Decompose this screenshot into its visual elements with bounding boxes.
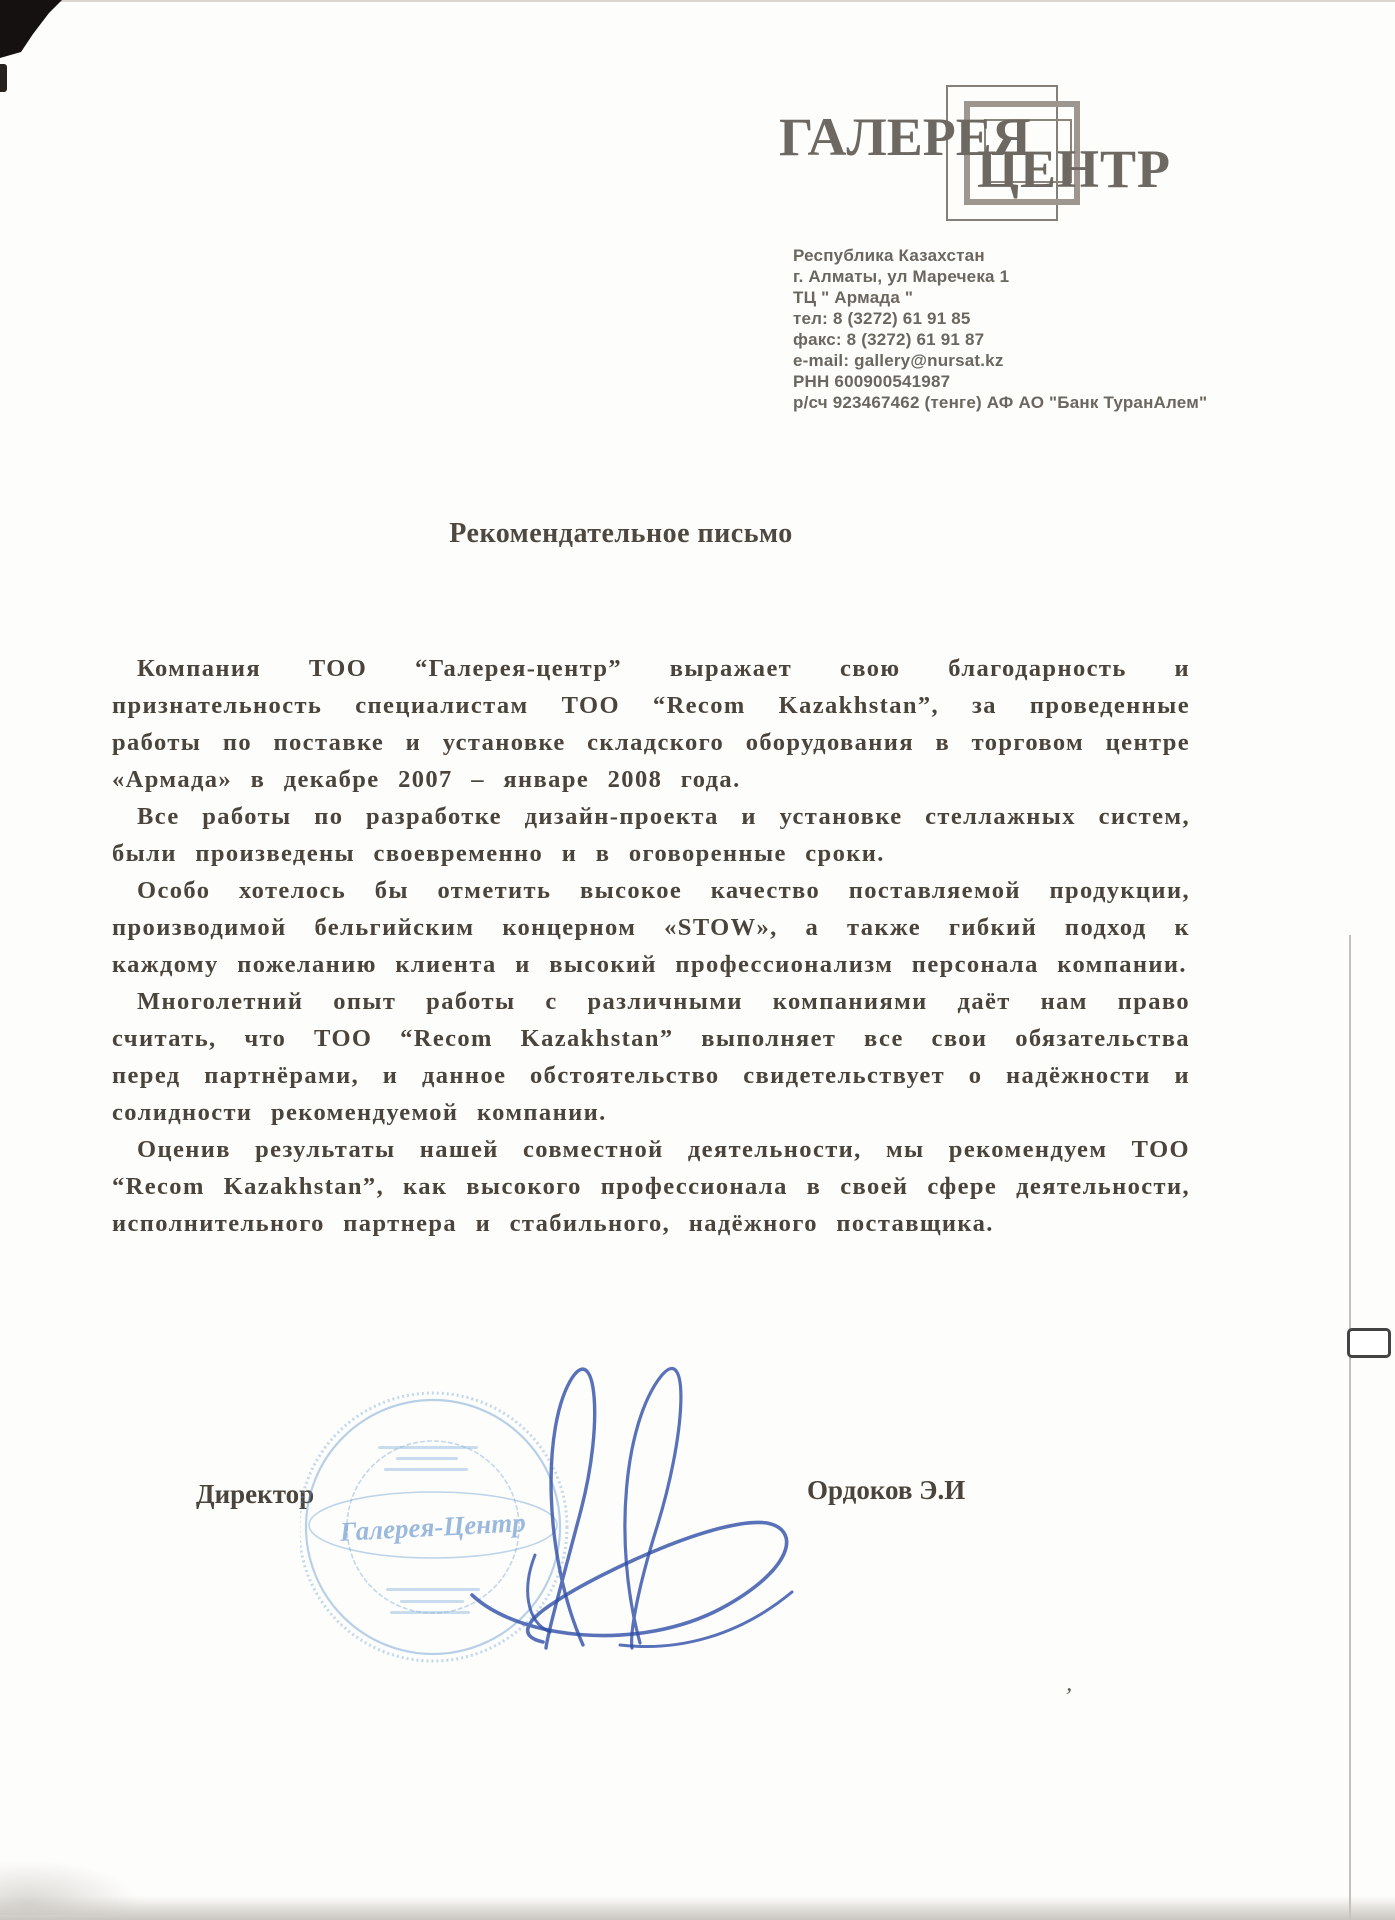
stamp-and-signature: Галерея-Центр	[300, 1340, 860, 1680]
scan-corner-artifact	[0, 0, 64, 60]
letterhead-bank-account: р/сч 923467462 (тенге) АФ АО "Банк Туран…	[793, 392, 1213, 413]
right-margin-box-icon	[1347, 1328, 1391, 1358]
page-edge-shadow	[1349, 935, 1351, 1920]
scan-top-edge	[0, 0, 1395, 2]
letterhead-fax: факс: 8 (3272) 61 91 87	[793, 329, 1213, 350]
scan-bottom-edge	[0, 1896, 1395, 1920]
letterhead-address: г. Алматы, ул Маречека 1	[793, 266, 1213, 287]
letterhead-rnn: РНН 600900541987	[793, 371, 1213, 392]
letterhead-mall: ТЦ " Армада "	[793, 287, 1213, 308]
letterhead-country: Республика Казахстан	[793, 245, 1213, 266]
paragraph-gratitude: Компания ТОО “Галерея-центр” выражает св…	[112, 650, 1190, 798]
round-stamp-icon: Галерея-Центр	[300, 1393, 567, 1661]
paragraph-timeliness: Все работы по разработке дизайн-проекта …	[112, 798, 1190, 872]
letterhead-phone: тел: 8 (3272) 61 91 85	[793, 308, 1213, 329]
paragraph-quality: Особо хотелось бы отметить высокое качес…	[112, 872, 1190, 983]
letter-body: Компания ТОО “Галерея-центр” выражает св…	[112, 650, 1190, 1242]
letterhead-email: e-mail: gallery@nursat.kz	[793, 350, 1213, 371]
letterhead-contact-block: Республика Казахстан г. Алматы, ул Мареч…	[793, 245, 1213, 413]
scanned-letter-page: ’ ГАЛЕРЕЯ ЦЕНТР Республика Казахстан г. …	[0, 0, 1395, 1920]
stamp-center-text: Галерея-Центр	[338, 1507, 526, 1547]
stray-punctuation-mark: ’	[1062, 1684, 1074, 1712]
logo-text-centr: ЦЕНТР	[977, 142, 1171, 196]
scan-edge-artifact	[0, 64, 7, 92]
document-title: Рекомендательное письмо	[0, 518, 1242, 550]
paragraph-recommendation: Оценив результаты нашей совместной деяте…	[112, 1131, 1190, 1242]
paragraph-reliability: Многолетний опыт работы с различными ком…	[112, 983, 1190, 1131]
director-label: Директор	[196, 1479, 314, 1510]
